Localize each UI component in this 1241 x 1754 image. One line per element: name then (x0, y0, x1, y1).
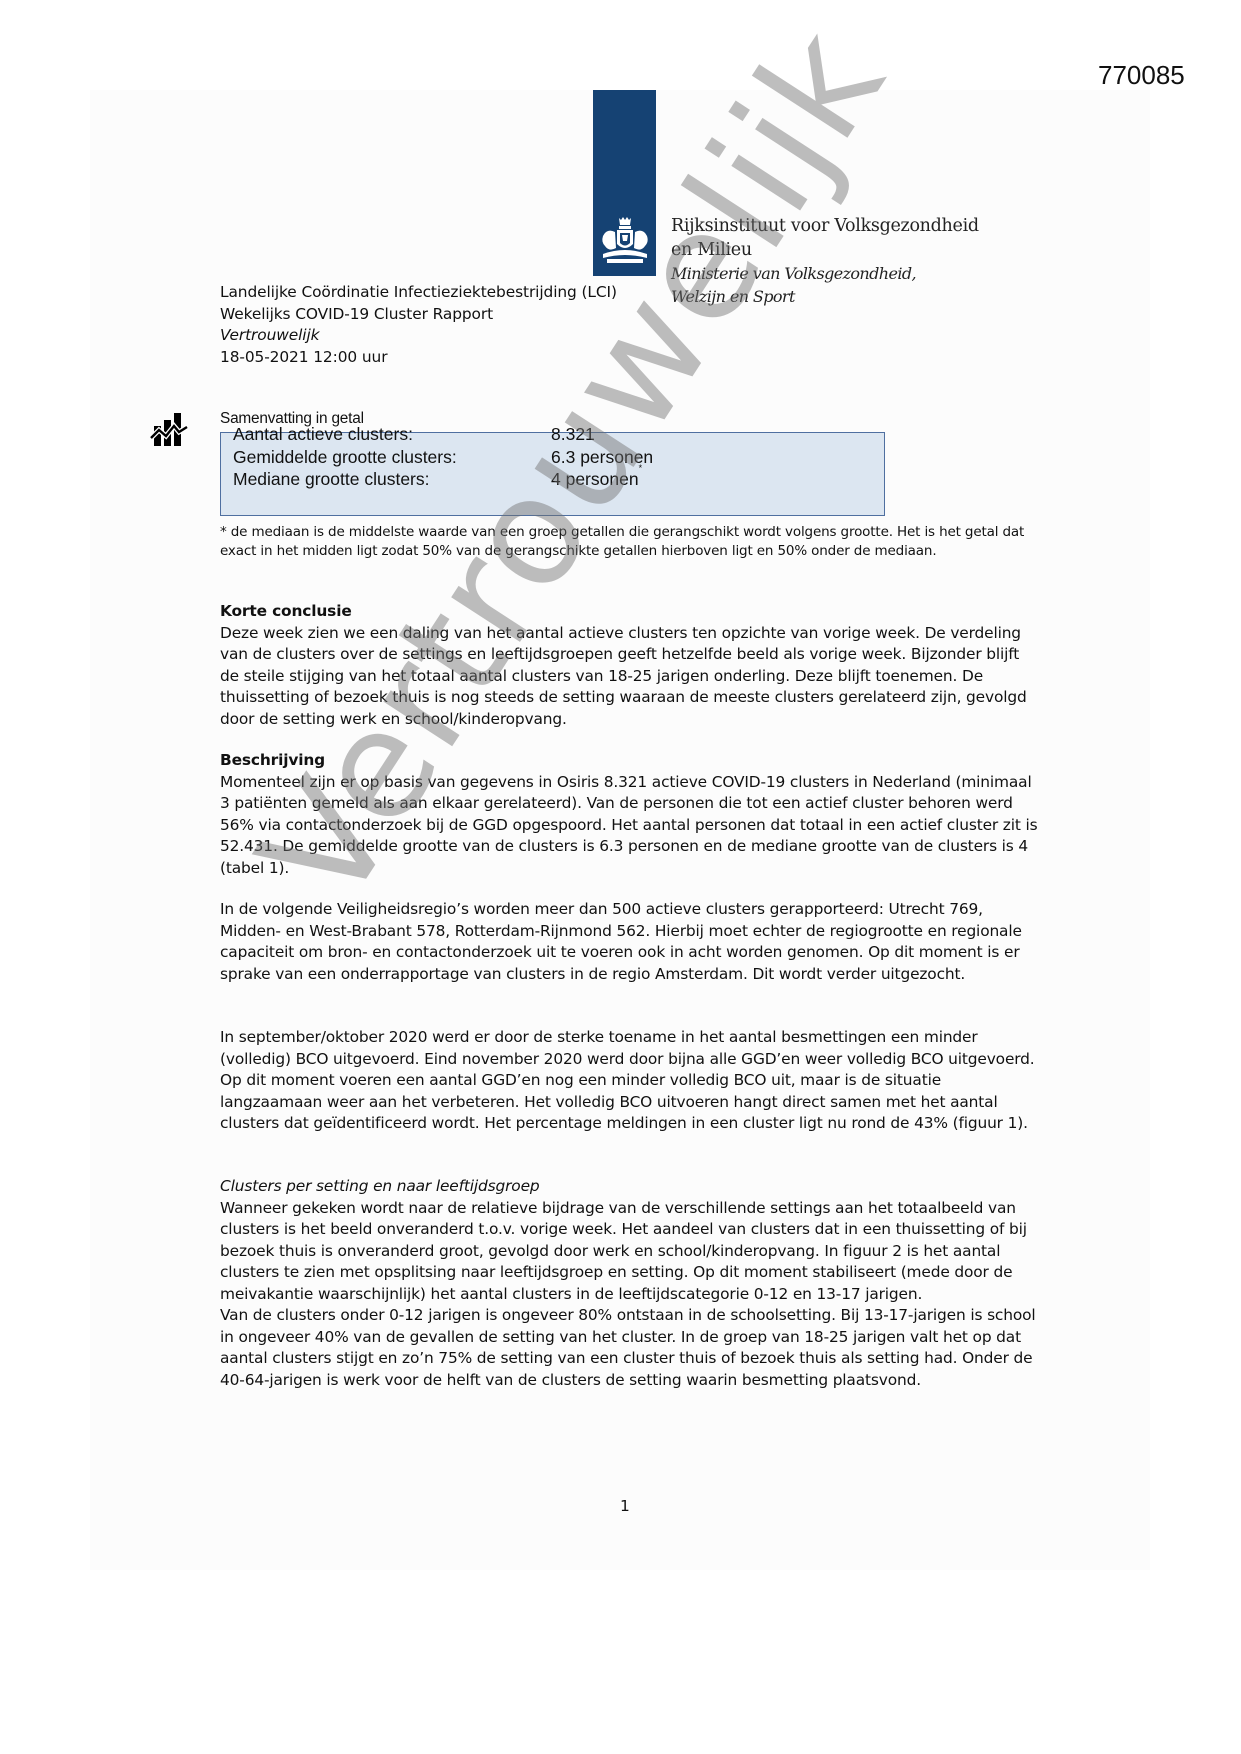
paragraph: In september/oktober 2020 werd er door d… (220, 1027, 1040, 1135)
median-footnote: * de mediaan is de middelste waarde van … (220, 523, 1040, 561)
paragraph: Van de clusters onder 0-12 jarigen is on… (220, 1305, 1040, 1391)
summary-row-median-size: Mediane grootte clusters: 4 personen* (233, 468, 653, 491)
summary-value: 4 personen (551, 468, 639, 491)
summary-value: 6.3 personen (551, 446, 653, 469)
section-description-regions: In de volgende Veiligheidsregio’s worden… (220, 899, 1040, 985)
paragraph: Deze week zien we een daling van het aan… (220, 623, 1040, 731)
report-header: Landelijke Coördinatie Infectieziektebes… (220, 282, 617, 368)
organization-logo-text: Rijksinstituut voor Volksgezondheid en M… (671, 214, 979, 308)
paragraph: In de volgende Veiligheidsregio’s worden… (220, 899, 1040, 985)
paragraph: Wanneer gekeken wordt naar de relatieve … (220, 1198, 1040, 1306)
header-organization: Landelijke Coördinatie Infectieziektebes… (220, 282, 617, 304)
summary-label: Mediane grootte clusters: (233, 468, 551, 491)
footnote-mark: * (639, 468, 643, 491)
header-datetime: 18-05-2021 12:00 uur (220, 347, 617, 369)
header-classification: Vertrouwelijk (220, 325, 617, 347)
summary-row-mean-size: Gemiddelde grootte clusters: 6.3 persone… (233, 446, 653, 469)
ministry-line2: Welzijn en Sport (671, 285, 979, 308)
summary-label: Gemiddelde grootte clusters: (233, 446, 551, 469)
section-heading: Beschrijving (220, 750, 1040, 772)
section-setting: Clusters per setting en naar leeftijdsgr… (220, 1176, 1040, 1391)
chart-trend-icon (150, 410, 188, 448)
org-name-line1: Rijksinstituut voor Volksgezondheid (671, 214, 979, 238)
section-description-bco: In september/oktober 2020 werd er door d… (220, 1027, 1040, 1135)
summary-rows: Aantal actieve clusters: 8.321 Gemiddeld… (233, 423, 653, 491)
document-number: 770085 (1098, 60, 1185, 91)
org-name-line2: en Milieu (671, 238, 979, 262)
header-report-title: Wekelijks COVID-19 Cluster Rapport (220, 304, 617, 326)
summary-label: Aantal actieve clusters: (233, 423, 551, 446)
summary-value: 8.321 (551, 423, 595, 446)
royal-coat-of-arms-icon (597, 216, 653, 268)
page-number: 1 (620, 1497, 630, 1515)
paragraph: Momenteel zijn er op basis van gegevens … (220, 772, 1040, 880)
section-heading: Korte conclusie (220, 601, 1040, 623)
section-conclusion: Korte conclusie Deze week zien we een da… (220, 601, 1040, 730)
ministry-line1: Ministerie van Volksgezondheid, (671, 262, 979, 285)
section-description: Beschrijving Momenteel zijn er op basis … (220, 750, 1040, 879)
section-subheading: Clusters per setting en naar leeftijdsgr… (220, 1176, 1040, 1198)
summary-row-active-clusters: Aantal actieve clusters: 8.321 (233, 423, 653, 446)
